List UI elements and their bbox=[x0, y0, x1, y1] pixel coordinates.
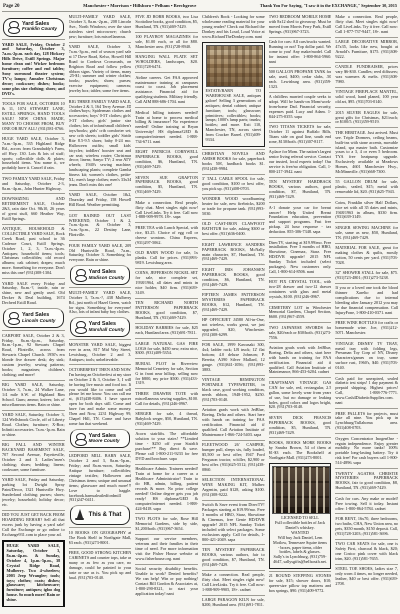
ad-text: TEN MYSTERY HARDBACK BOOKS, various auth… bbox=[269, 180, 332, 200]
section-badge: Yard SalesLincoln County bbox=[3, 308, 64, 328]
classified-ad: DID YOU JUST GET BACK FROM HOARDING REHA… bbox=[2, 510, 65, 538]
ad-text: TWO FAMILY YARD SALE, Friday and Saturda… bbox=[2, 177, 65, 192]
column-6: Make a connection. Real people, flirty c… bbox=[335, 15, 398, 607]
ad-text: SEVEN DICK FRANCIS PAPERBACK BOOKS, good… bbox=[269, 416, 332, 436]
ad-text: SERGER for sale, 4 thread, Babylock serg… bbox=[135, 412, 198, 427]
classified-ad: SEVEN DICK FRANCIS PAPERBACK BOOKS, good… bbox=[269, 412, 332, 435]
classified-ad: CHRISTIAN NOVELS AND AMISH BOOKS for sal… bbox=[202, 149, 265, 172]
ad-text: MULTI-FAMILY YARD SALE, October 3, 7a.m.… bbox=[69, 291, 132, 316]
yard-sale-sign-icon bbox=[75, 433, 86, 445]
classified-ad: MATERIAL FOR SALE, great for making clot… bbox=[335, 243, 398, 266]
classified-ad: CEMETERY LOT in Winchester Memorial Gard… bbox=[269, 302, 332, 320]
ad-text: 32" SHOWER STALL for sale, $75. (931)723… bbox=[335, 271, 398, 281]
badge-county-label: Lincoln County bbox=[22, 319, 55, 324]
classified-ad: LEDFORD MILL BARN SALE, October 2 and 3,… bbox=[69, 451, 132, 504]
classified-ad: BIG FALL AND WINTER BACKYARD BASEMENT SA… bbox=[2, 440, 65, 473]
ad-text: MATERIAL FOR SALE, great for making clot… bbox=[335, 246, 398, 266]
ad-text: Social security disability benefits. Una… bbox=[135, 567, 198, 596]
ad-text: Make a connection. Real people, flirty c… bbox=[135, 201, 198, 221]
classifieds-columns: Yard SalesFranklin CountyYARD SALE, Frid… bbox=[2, 12, 398, 607]
ad-text: CRAFTSMAN VINTAGE GAS CAN for sale, red,… bbox=[269, 381, 332, 410]
classified-ad: STEEL TOE SHOES, ladies size 7, only wor… bbox=[335, 564, 398, 587]
ad-text: MONSTER YARD SALE, biggest ever in area,… bbox=[69, 343, 132, 363]
ad-text: Cash paid for unexpired, sealed diabetic… bbox=[335, 377, 398, 406]
photo-classified-ad: ESTATE/BARN TO WAREHOUSE SALE, antiques … bbox=[202, 42, 265, 147]
classified-ad: FOR RENT, 16x70, three bedrooms, two bat… bbox=[335, 513, 398, 536]
ad-text: 55 GALLON DRUM for sale, plastic, sealed… bbox=[335, 180, 398, 195]
classified-ad: MULTI-FAMILY YARD SALE, October 3, 8a.m.… bbox=[69, 15, 132, 40]
ad-text: MULTI-FAMILY YARD SALE, October 3, 8a.m.… bbox=[69, 15, 132, 40]
classified-ad: Medical billing trainees needed! Train a… bbox=[135, 107, 198, 145]
classified-ad: If you or a loved one took the blood thi… bbox=[335, 283, 398, 316]
ad-text: DID YOU JUST GET BACK FROM HOARDING REHA… bbox=[2, 513, 65, 538]
classified-ad: SINGER SEWING MACHINE for sale, same as … bbox=[335, 222, 398, 240]
ad-text: Healthcare Admin. Trainees needed! Train… bbox=[135, 467, 198, 511]
ad-text: 21 ROUND STEPPING STONES for sale, $15; … bbox=[269, 574, 332, 594]
whiskey-bottles-photo bbox=[272, 466, 330, 514]
classified-ad: WONDER WOOD woodburning heater for sale,… bbox=[202, 194, 265, 217]
ad-text: FOR SALE, 1999 Kawasaki 300, 4x4; ladder… bbox=[202, 343, 265, 372]
classified-ad: YARD SALE, Saturday, October 3, 124 Well… bbox=[2, 410, 65, 438]
ad-text: FREE TEA with Lunch Special, with rice, … bbox=[135, 226, 198, 246]
classified-ad: TEN MYSTERY HARDBACK BOOKS, various auth… bbox=[269, 177, 332, 200]
classified-ad: 32" SHOWER STALL for sale, $75. (931)723… bbox=[335, 268, 398, 281]
newspaper-page: Page 20 Manchester • Morrison • Hillsbor… bbox=[0, 0, 400, 614]
ad-text: Children's Book - Looking for some whole… bbox=[202, 15, 265, 40]
classified-ad: DOWNSIZING AND RETIREMENT SALE, October … bbox=[2, 193, 65, 221]
column-2: MULTI-FAMILY YARD SALE, October 3, 8a.m.… bbox=[69, 15, 132, 607]
classified-ad: TWENTY AGATHA CHRISTIE MYSTERIES PAPERBA… bbox=[335, 468, 398, 491]
classified-ad: FREE TEA with Lunch Special, with rice, … bbox=[135, 222, 198, 245]
classified-ad: FREE PALLETS for projects, must take all… bbox=[335, 408, 398, 431]
section-badge: Yard SalesMoore County bbox=[70, 429, 131, 449]
classified-ad: OCTOBERFEST THEN AND NOW. I'm having an … bbox=[69, 364, 132, 426]
classified-ad: Support our service members, veterans an… bbox=[135, 534, 198, 562]
ad-text: Acorn stairlifts. The affordable solutio… bbox=[135, 432, 198, 461]
classified-ad: TOOLS FOR SALE, OCTOBER 10 & 11, 1074 ST… bbox=[2, 98, 65, 131]
ad-text: TOOLS FOR SALE, OCTOBER 10 & 11, 1074 ST… bbox=[2, 102, 65, 131]
antiques-warehouse-photo bbox=[206, 45, 264, 87]
ad-text: DirecTV, starting at $19.99/mo. Free ins… bbox=[269, 241, 332, 275]
classified-ad: TWO CAR SEATS for sale, one is Safety Fi… bbox=[335, 539, 398, 562]
ad-text: Make a connection. Real people, flirty c… bbox=[202, 573, 265, 593]
classified-ad: SEVEN SUE GRAFTON PAPERBACK BOOKS, good … bbox=[135, 172, 198, 195]
ad-text: Make a connection. Real people, flirty c… bbox=[335, 15, 398, 35]
classified-ad: A-1 donate your car for breast cancer! H… bbox=[269, 202, 332, 235]
classified-ad: TEN RICHARD NORTH PATTERSON PAPERBACK BO… bbox=[135, 298, 198, 321]
ad-text: BIG FALL AND WINTER BACKYARD BASEMENT SA… bbox=[2, 443, 65, 472]
classified-ad: GOT RAINED OUT LAST WEEKEND, October 1 &… bbox=[69, 210, 132, 238]
ad-text: 100 PLAYBOY MAGAZINES for sale, $1.00 ea… bbox=[135, 35, 198, 50]
ad-text: HOLIDAY BARBIES for sale, $25 each, Hunt… bbox=[135, 326, 198, 336]
ad-text: FOUR FAMILY YARD SALE, 209 Old Huntsvill… bbox=[69, 244, 132, 264]
classified-ad: 21 ROUND STEPPING STONES for sale, $15; … bbox=[269, 571, 332, 594]
badge-label: This & That bbox=[89, 512, 122, 518]
classified-ad: BURIAL PLOT in Riverview Memorial Cemete… bbox=[135, 358, 198, 386]
classified-ad: EIGHT IRIS JOHANSEN PAPERBACK BOOKS, goo… bbox=[202, 264, 265, 287]
slogan-line: Thank You For Saying, "I saw it in the E… bbox=[260, 3, 397, 8]
ad-text: Cash for cars. Any make or model! Free t… bbox=[335, 497, 398, 512]
classified-ad: TWO TITANS TICKETS for sale, October 11 … bbox=[269, 122, 332, 145]
classified-ad: BIG YARD SALE, Saturday, October 3, 7a.m… bbox=[2, 380, 65, 408]
classified-ad: LARGE DECORATIVE MIRROR, 47x35, looks li… bbox=[335, 37, 398, 60]
page-header: Page 20 Manchester • Morrison • Hillsbor… bbox=[2, 2, 398, 12]
classified-ad: YARD SALE, Friday and Saturday, parking … bbox=[2, 475, 65, 508]
badge-county-label: Moore County bbox=[89, 439, 120, 444]
page-number: Page 20 bbox=[3, 4, 20, 9]
classified-ad: CRAFTSMAN VINTAGE GAS CAN for sale, red,… bbox=[269, 377, 332, 410]
section-badge: Yard SalesFranklin County bbox=[3, 18, 64, 37]
classified-ad: HANGING WALL PLATE SET W/HOLDERS, landsc… bbox=[135, 52, 198, 70]
ad-text: 2015 SILVER EAGLES for sale, great gifts… bbox=[335, 111, 398, 126]
classified-ad: BOOKS, BOOKS MORE BOOKS by Sandra Brown,… bbox=[269, 437, 332, 460]
ad-text: Cash for cars: All cars/trucks wanted. R… bbox=[269, 40, 332, 65]
cone-icon bbox=[75, 509, 86, 521]
ad-text: EIGHT LAWRENCE SANDERS PAPERBACK BOOKS, … bbox=[202, 243, 265, 263]
ad-text: HP OFFICEJET J4580 All-in-One, not wirel… bbox=[202, 318, 265, 338]
classified-ad: Acorn stairlifts. The affordable solutio… bbox=[135, 429, 198, 462]
ad-text: YARD SALE, Saturday, October 3, 124 Well… bbox=[2, 413, 65, 438]
classified-ad: A childless married couple seeks to adop… bbox=[269, 92, 332, 120]
badge-county-label: Marshall County bbox=[89, 328, 125, 333]
section-badge: Yard SalesMarshall County bbox=[70, 317, 131, 337]
ad-text: LICENSED TO SELL Full collectible bottle… bbox=[272, 516, 328, 565]
ad-text: STEEL TOE SHOES, ladies size 7, only wor… bbox=[335, 567, 398, 587]
ad-text: If you or a loved one took the blood thi… bbox=[335, 286, 398, 315]
ad-text: TWENTY AGATHA CHRISTIE MYSTERIES PAPERBA… bbox=[335, 472, 398, 492]
ad-text: COINS, JEFFERSON NICKEL SET for sale, ni… bbox=[135, 271, 198, 296]
classified-ad: YARD SALE, Friday, October 2 and Saturda… bbox=[2, 39, 65, 96]
ad-text: YARD SALE, October 1&2, Thursday and Fri… bbox=[69, 193, 132, 208]
ad-text: OLD BARN WOOD for sale, 1x planks. Call … bbox=[135, 251, 198, 266]
ad-text: CARPORT SALE, October 2 & 3, Friday, 8a.… bbox=[2, 334, 65, 378]
classified-ad: CARPORT SALE, October 2 & 3, Friday, 8a.… bbox=[2, 330, 65, 378]
ad-text: YARD SALE every Friday and Saturday, 8a.… bbox=[2, 282, 65, 307]
classified-ad: CANDLE FUNDRAISER, prices vary $6-$30. C… bbox=[335, 62, 398, 85]
classified-ad: 10 BOOKS ON GEOGRAPHY at The Book Shelf … bbox=[69, 527, 132, 545]
ad-text: ANTIQUE, HOUSEHOLD & COLLECTIBLE YARD SA… bbox=[2, 227, 65, 276]
ad-text: YARD SALE, October 3, 7a.m.-3p.m., end o… bbox=[69, 45, 132, 94]
classified-ad: A place for Mom. The nation's largest se… bbox=[269, 147, 332, 175]
classified-ad: TWO PLOTS for sale, Rose Hill Memorial G… bbox=[135, 513, 198, 531]
badge-county-label: Madison County bbox=[89, 276, 125, 281]
ad-text: WONDER WOOD woodburning heater for sale,… bbox=[202, 197, 265, 217]
classified-ad: 55 GALLON DRUM for sale, plastic, sealed… bbox=[335, 177, 398, 195]
yard-sale-sign-icon bbox=[8, 312, 19, 324]
ad-text: THE HERITAGE. Just arrived. Must see. Tr… bbox=[335, 131, 398, 175]
classified-ad: HOT FIX CRYSTAL TOOL, with two-28 drawer… bbox=[269, 277, 332, 300]
ad-text: LEDFORD MILL BARN SALE, October 2 and 3,… bbox=[69, 454, 132, 503]
classified-ad: 2015 SILVER EAGLES for sale, great gifts… bbox=[335, 107, 398, 125]
classified-ad: MONSTER YARD SALE, biggest ever in area,… bbox=[69, 339, 132, 362]
ad-text: Coins, Franklin silver Half Dollars, nic… bbox=[335, 201, 398, 221]
classified-ad: FLEETWOOD 26' CAMPER, bumper pull, sleep… bbox=[202, 440, 265, 473]
ad-text: OCTOBERFEST THEN AND NOW. I'm having an … bbox=[69, 368, 132, 427]
ad-text: Airline careers. Get FAA approved mainte… bbox=[135, 76, 198, 105]
ad-text: HUGE YARD SALE, October 3, 7a.m.-3p.m., … bbox=[2, 137, 65, 171]
classified-ad: 100 PLAYBOY MAGAZINES for sale, $1.00 ea… bbox=[135, 32, 198, 50]
classified-ad: LARGE NATURAL GAS FIRE LOGS for sale, $4… bbox=[135, 338, 198, 356]
classified-ad: Cash paid for unexpired, sealed diabetic… bbox=[335, 373, 398, 406]
ad-text: TEN RICHARD NORTH PATTERSON PAPERBACK BO… bbox=[135, 301, 198, 321]
ad-text: FREE, GOOD STRONG KITCHEN CABINETS and c… bbox=[69, 551, 132, 580]
classified-ad: FREE, GOOD STRONG KITCHEN CABINETS and c… bbox=[69, 548, 132, 581]
classified-ad: Aviation grads work with JetBlue, Boeing… bbox=[202, 405, 265, 438]
classified-ad: VINTAGE REMINGTON PORTABLE TYPEWRITER, i… bbox=[202, 375, 265, 403]
classified-ad: SELECTION INTERNATIONAL WINE MAKING KIT,… bbox=[202, 475, 265, 498]
ad-text: Switch & Save event from DirecTV! Packag… bbox=[202, 503, 265, 542]
ad-text: YARD SALE, Friday and Saturday, parking … bbox=[2, 478, 65, 507]
classified-ad: EIGHT LAWRENCE SANDERS PAPERBACK BOOKS, … bbox=[202, 239, 265, 262]
ad-text: LARGE PARAGON KILN for sale, $200, Huntl… bbox=[202, 598, 265, 607]
classified-ad: Make a connection. Real people, flirty c… bbox=[135, 197, 198, 220]
classified-ad: TWO BEDROOM MOBILE HOME with 8x12 shed t… bbox=[269, 15, 332, 35]
ad-text: FREE PALLETS for projects, must take all… bbox=[335, 412, 398, 432]
classified-ad: Social security disability benefits. Una… bbox=[135, 564, 198, 597]
classified-ad: FOUR FAMILY YARD SALE, 209 Old Huntsvill… bbox=[69, 240, 132, 263]
classified-ad: VINTAGE FIREPLACE MANTEL, solid wood, ha… bbox=[335, 87, 398, 105]
classified-ad: Make a connection. Real people, flirty c… bbox=[202, 570, 265, 593]
ad-text: CEMETERY LOT in Winchester Memorial Gard… bbox=[269, 306, 332, 321]
ad-text: FIFTEEN JAMES PATTERSON MYSTERIES PAPERB… bbox=[202, 293, 265, 313]
classified-ad: HUGE YARD SALE, October 3, 7a.m.-3p.m., … bbox=[2, 133, 65, 171]
classified-ad: Aviation grads work with JetBlue, Boeing… bbox=[269, 342, 332, 375]
ad-text: FOR RENT, 16x70, three bedrooms, two bat… bbox=[335, 517, 398, 537]
classified-ad: DirecTV, starting at $19.99/mo. Free ins… bbox=[269, 237, 332, 275]
ad-text: SINGER SEWING MACHINE for sale, same as … bbox=[335, 226, 398, 241]
ad-text: YARD SALE, Friday, October 2 and Saturda… bbox=[2, 43, 65, 97]
ad-text: 500 GALLON PROPANE TANK for sale, used, … bbox=[269, 70, 332, 90]
ad-text: TWO BEDROOM MOBILE HOME with 8x12 shed t… bbox=[269, 15, 332, 35]
classified-ad: COINS, JEFFERSON NICKEL SET for sale, ni… bbox=[135, 268, 198, 296]
ad-text: HOT FIX CRYSTAL TOOL, with two-28 drawer… bbox=[269, 280, 332, 300]
ad-text: EIGHT PATRICIA CORNWELL PAPERBACK BOOKS,… bbox=[135, 150, 198, 170]
ad-text: HUGE YARD SALE, Saturday, October 3, 8a.… bbox=[7, 544, 61, 603]
classified-ad: VINTAGE DISNEY TV TRAY, metal tray with … bbox=[335, 338, 398, 371]
classified-ad: LARGE PARAGON KILN for sale, $200, Huntl… bbox=[202, 595, 265, 607]
classified-ad: 3' TALL CABLE SPOOL for sale, good condi… bbox=[202, 174, 265, 192]
classified-ad: FIFTEEN JAMES PATTERSON MYSTERIES PAPERB… bbox=[202, 289, 265, 312]
yard-sale-sign-icon bbox=[75, 269, 86, 281]
column-5: TWO BEDROOM MOBILE HOME with 8x12 shed t… bbox=[269, 15, 332, 607]
classified-ad: FOR SALE, 1999 Kawasaki 300, 4x4; ladder… bbox=[202, 340, 265, 373]
ad-text: BIG THREE FAMILY YARD SALE, October 2 & … bbox=[69, 100, 132, 188]
ad-text: VINTAGE DISNEY TV TRAY, metal tray with … bbox=[335, 342, 398, 371]
column-4: Children's Book - Looking for some whole… bbox=[202, 15, 265, 607]
classified-ad: Oxygen Concentrator InogenOne - regain i… bbox=[335, 433, 398, 466]
classified-ad: ANTIQUE, HOUSEHOLD & COLLECTIBLE YARD SA… bbox=[2, 224, 65, 277]
ad-text: OLD CAST-IRON CLAWFOOT BATHTUB for sale,… bbox=[202, 222, 265, 237]
classified-ad: TEN MYSTERY PAPERBACK BOOKS, various aut… bbox=[202, 544, 265, 567]
yard-sale-sign-icon bbox=[8, 21, 19, 33]
ad-text: A place for Mom. The nation's largest se… bbox=[269, 150, 332, 175]
ad-text: FLEETWOOD 26' CAMPER, bumper pull, sleep… bbox=[202, 443, 265, 472]
classified-ad: SERGER for sale, 4 thread, Babylock serg… bbox=[135, 409, 198, 427]
classified-ad: Airline careers. Get FAA approved mainte… bbox=[135, 72, 198, 105]
ad-text: FREE WINE BOTTLES for crafts or homemade… bbox=[335, 321, 398, 336]
classified-ad: 500 GALLON PROPANE TANK for sale, used, … bbox=[269, 67, 332, 90]
ad-text: DOWNSIZING AND RETIREMENT SALE, October … bbox=[2, 197, 65, 222]
ad-text: BIG YARD SALE, Saturday, October 3, 7a.m… bbox=[2, 383, 65, 408]
classified-ad: HP OFFICEJET J4580 All-in-One, not wirel… bbox=[202, 315, 265, 338]
ad-text: TWO TITANS TICKETS for sale, October 11 … bbox=[269, 125, 332, 145]
ad-text: TWO PLOTS for sale, Rose Hill Memorial G… bbox=[135, 517, 198, 532]
ad-text: BOOKS, BOOKS MORE BOOKS by Sandra Brown,… bbox=[269, 441, 332, 461]
ad-text: GOT RAINED OUT LAST WEEKEND, October 1 &… bbox=[69, 214, 132, 239]
ad-text: LARGE DECORATIVE MIRROR, 47x35, looks li… bbox=[335, 40, 398, 60]
classified-ad: Make a connection. Real people, flirty c… bbox=[335, 15, 398, 35]
classified-ad: HOLIDAY BARBIES for sale, $25 each, Hunt… bbox=[135, 323, 198, 336]
region-line: Manchester • Morrison • Hillsboro • Pelh… bbox=[83, 3, 196, 8]
badge-county-label: Franklin County bbox=[22, 27, 57, 32]
classified-ad: YARD SALE, October 1&2, Thursday and Fri… bbox=[69, 190, 132, 208]
ad-text: THREE DRAWER TOTE with miscellaneous sew… bbox=[135, 392, 198, 407]
classified-ad: HUGE YARD SALE, Saturday, October 3, 8a.… bbox=[2, 540, 65, 607]
ad-text: Oxygen Concentrator InogenOne - regain i… bbox=[335, 437, 398, 466]
ad-text: SELECTION INTERNATIONAL WINE MAKING KIT,… bbox=[202, 478, 265, 498]
classified-ad: THREE DRAWER TOTE with miscellaneous sew… bbox=[135, 388, 198, 406]
classified-ad: OLD BARN WOOD for sale, 1x planks. Call … bbox=[135, 247, 198, 265]
classified-ad: EIGHT PATRICIA CORNWELL PAPERBACK BOOKS,… bbox=[135, 147, 198, 170]
ad-text: TEN MYSTERY PAPERBACK BOOKS, various aut… bbox=[202, 548, 265, 568]
ad-text: VINTAGE FIREPLACE MANTEL, solid wood, ha… bbox=[335, 90, 398, 105]
ad-text: 10 BOOKS ON GEOGRAPHY at The Book Shelf … bbox=[69, 531, 132, 546]
ad-text: A childless married couple seeks to adop… bbox=[269, 95, 332, 120]
ad-text: CANDLE FUNDRAISER, prices vary $6-$30. C… bbox=[335, 65, 398, 85]
ad-text: FIVE JD ROBB BOOKS, two Lisa Scottoline … bbox=[135, 15, 198, 30]
ad-text: Aviation grads work with JetBlue, Boeing… bbox=[269, 346, 332, 375]
ad-text: 3' TALL CABLE SPOOL for sale, good condi… bbox=[202, 177, 265, 192]
classified-ad: Switch & Save event from DirecTV! Packag… bbox=[202, 500, 265, 543]
classified-ad: Coins, Franklin silver Half Dollars, nic… bbox=[335, 197, 398, 220]
ad-text: LARGE NATURAL GAS FIRE LOGS for sale, $4… bbox=[135, 342, 198, 357]
section-badge: This & That bbox=[70, 505, 131, 525]
ad-text: EIGHT IRIS JOHANSEN PAPERBACK BOOKS, goo… bbox=[202, 268, 265, 288]
ad-text: VINTAGE REMINGTON PORTABLE TYPEWRITER, i… bbox=[202, 378, 265, 403]
column-1: Yard SalesFranklin CountyYARD SALE, Frid… bbox=[2, 15, 65, 607]
column-3: FIVE JD ROBB BOOKS, two Lisa Scottoline … bbox=[135, 15, 198, 607]
ad-text: Support our service members, veterans an… bbox=[135, 537, 198, 562]
ad-text: SEVEN SUE GRAFTON PAPERBACK BOOKS, good … bbox=[135, 176, 198, 196]
ad-text: HANGING WALL PLATE SET W/HOLDERS, landsc… bbox=[135, 55, 198, 70]
photo-classified-ad: LICENSED TO SELL Full collectible bottle… bbox=[269, 463, 332, 569]
ad-text: TWO JAPANESE SWORDS for sale, $20/each o… bbox=[269, 326, 332, 341]
classified-ad: YARD SALE every Friday and Saturday, 8a.… bbox=[2, 278, 65, 306]
ad-text: TWO CAR SEATS for sale, one is Safety Fi… bbox=[335, 542, 398, 562]
classified-ad: MULTI-FAMILY YARD SALE, October 3, 7a.m.… bbox=[69, 287, 132, 315]
classified-ad: Healthcare Admin. Trainees needed! Train… bbox=[135, 464, 198, 512]
classified-ad: YARD SALE, October 3, 7a.m.-3p.m., end o… bbox=[69, 42, 132, 95]
ad-text: BURIAL PLOT in Riverview Memorial Cemete… bbox=[135, 362, 198, 387]
ad-text: Aviation grads work with JetBlue, Boeing… bbox=[202, 408, 265, 437]
classified-ad: Children's Book - Looking for some whole… bbox=[202, 15, 265, 40]
classified-ad: OLD CAST-IRON CLAWFOOT BATHTUB for sale,… bbox=[202, 219, 265, 237]
classified-ad: TWO FAMILY YARD SALE, Friday and Saturda… bbox=[2, 173, 65, 191]
classified-ad: Cash for cars: All cars/trucks wanted. R… bbox=[269, 37, 332, 65]
classified-ad: FREE WINE BOTTLES for crafts or homemade… bbox=[335, 318, 398, 336]
classified-ad: Cash for cars. Any make or model! Free t… bbox=[335, 493, 398, 511]
classified-ad: TWO JAPANESE SWORDS for sale, $20/each o… bbox=[269, 322, 332, 340]
yard-sale-sign-icon bbox=[75, 321, 86, 333]
classified-ad: FIVE JD ROBB BOOKS, two Lisa Scottoline … bbox=[135, 15, 198, 30]
classified-ad: THE HERITAGE. Just arrived. Must see. Tr… bbox=[335, 127, 398, 175]
ad-text: A-1 donate your car for breast cancer! H… bbox=[269, 206, 332, 235]
ad-text: CHRISTIAN NOVELS AND AMISH BOOKS for sal… bbox=[202, 152, 265, 172]
ad-text: ESTATE/BARN TO WAREHOUSE SALE, antiques … bbox=[206, 89, 262, 143]
ad-text: Medical billing trainees needed! Train a… bbox=[135, 111, 198, 145]
section-badge: Yard SalesMadison County bbox=[70, 265, 131, 285]
classified-ad: BIG THREE FAMILY YARD SALE, October 2 & … bbox=[69, 96, 132, 188]
